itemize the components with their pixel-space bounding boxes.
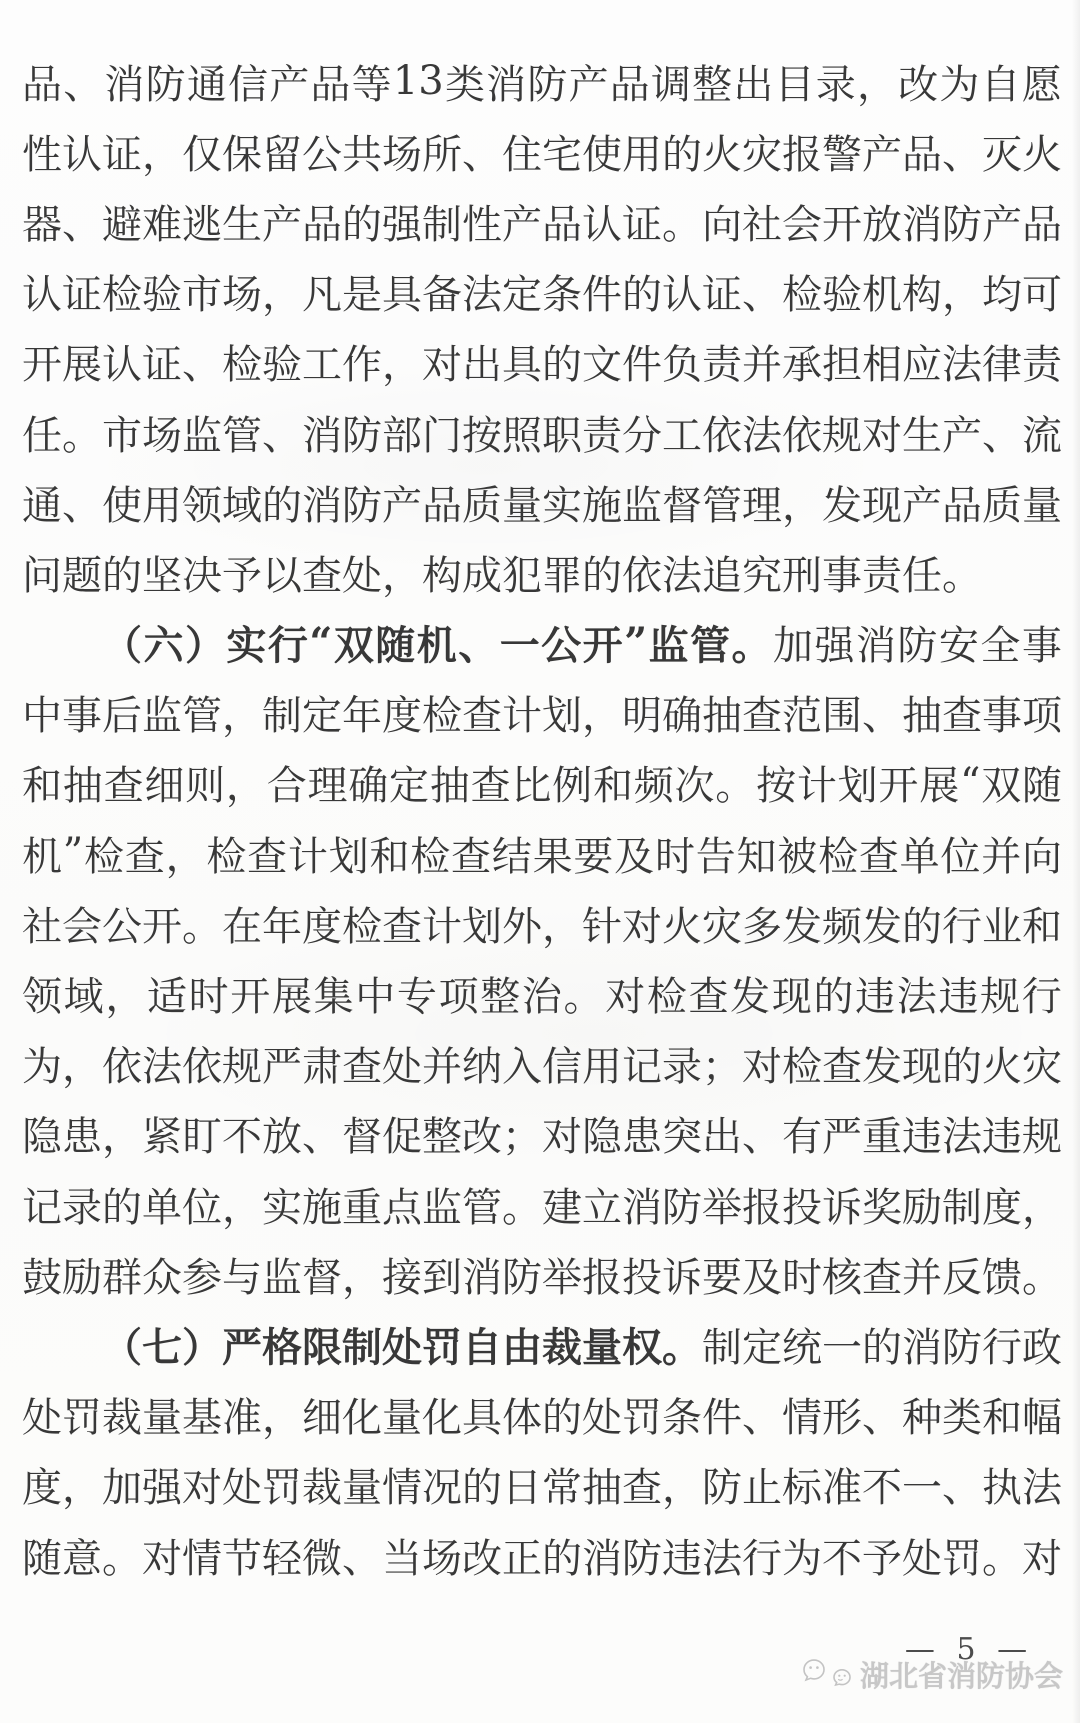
text-line: 和抽查细则，合理确定抽查比例和频次。按计划开展“双随: [22, 748, 1062, 818]
watermark-label: 湖北省消防协会: [860, 1654, 1063, 1695]
text-line: 任。市场监管、消防部门按照职责分工依法依规对生产、流: [22, 397, 1062, 467]
text-line: 认证检验市场，凡是具备法定条件的认证、检验机构，均可: [22, 257, 1062, 327]
text-line: 领域，适时开展集中专项整治。对检查发现的违法违规行: [22, 958, 1062, 1028]
text-line: 为，依法依规严肃查处并纳入信用记录；对检查发现的火灾: [22, 1029, 1062, 1099]
document-page: 品、消防通信产品等13类消防产品调整出目录，改为自愿性认证，仅保留公共场所、住宅…: [0, 0, 1080, 1723]
text-line: 机”检查，检查计划和检查结果要及时告知被检查单位并向: [22, 818, 1062, 888]
wechat-icon: [803, 1657, 853, 1693]
text-line: 器、避难逃生产品的强制性产品认证。向社会开放消防产品: [22, 186, 1062, 256]
text-line: （七）严格限制处罚自由裁量权。制定统一的消防行政: [102, 1309, 1062, 1379]
text-line: 随意。对情节轻微、当场改正的消防违法行为不予处罚。对: [22, 1520, 1062, 1590]
text-line: 性认证，仅保留公共场所、住宅使用的火灾报警产品、灭火: [22, 116, 1062, 186]
text-line: 中事后监管，制定年度检查计划，明确抽查范围、抽查事项: [22, 678, 1062, 748]
text-line: 记录的单位，实施重点监管。建立消防举报投诉奖励制度，: [22, 1169, 1062, 1239]
text-line: 隐患，紧盯不放、督促整改；对隐患突出、有严重违法违规: [22, 1099, 1062, 1169]
watermark: 湖北省消防协会: [803, 1654, 1063, 1695]
text-line: 度，加强对处罚裁量情况的日常抽查，防止标准不一、执法: [22, 1450, 1062, 1520]
text-line: 问题的坚决予以查处，构成犯罪的依法追究刑事责任。: [22, 537, 982, 607]
text-line: 处罚裁量基准，细化量化具体的处罚条件、情形、种类和幅: [22, 1380, 1062, 1450]
document-lines: 品、消防通信产品等13类消防产品调整出目录，改为自愿性认证，仅保留公共场所、住宅…: [22, 46, 1062, 1590]
scan-edge-shadow: [1072, 0, 1080, 1723]
text-line: 社会公开。在年度检查计划外，针对火灾多发频发的行业和: [22, 888, 1062, 958]
text-line: 通、使用领域的消防产品质量实施监督管理，发现产品质量: [22, 467, 1062, 537]
text-line: 品、消防通信产品等13类消防产品调整出目录，改为自愿: [22, 46, 1062, 116]
text-line: 鼓励群众参与监督，接到消防举报投诉要及时核查并反馈。: [22, 1239, 1062, 1309]
text-line: （六）实行“双随机、一公开”监管。加强消防安全事: [102, 608, 1062, 678]
text-line: 开展认证、检验工作，对出具的文件负责并承担相应法律责: [22, 327, 1062, 397]
